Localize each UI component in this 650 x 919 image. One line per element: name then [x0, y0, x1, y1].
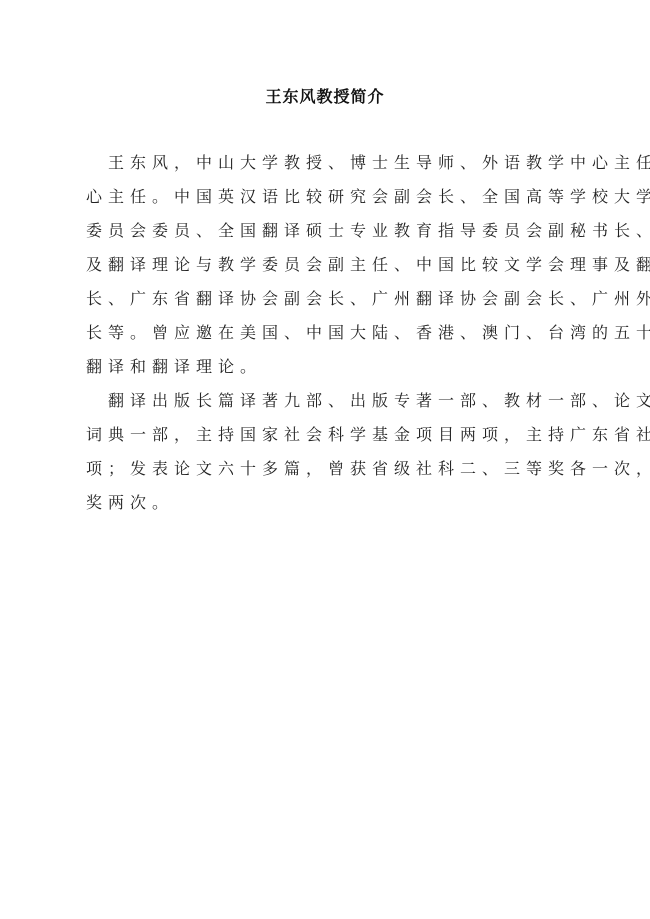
text-line: 长等。曾应邀在美国、中国大陆、香港、澳门、台湾的五十多所高校讲授 [86, 316, 576, 350]
text-line: 长、广东省翻译协会副会长、广州翻译协会副会长、广州外事翻译协会会 [86, 282, 576, 316]
text-line: 心主任。中国英汉语比较研究会副会长、全国高等学校大学外语教学指导 [86, 180, 576, 214]
document-title: 王东风教授简介 [0, 84, 650, 110]
text-line: 词典一部，主持国家社会科学基金项目两项，主持广东省社会科学项目一 [86, 418, 576, 452]
paragraph-1: 王东风，中山大学教授、博士生导师、外语教学中心主任、翻译研究中 心主任。中国英汉… [86, 146, 576, 384]
text-line: 王东风，中山大学教授、博士生导师、外语教学中心主任、翻译研究中 [86, 146, 576, 180]
paragraph-2: 翻译出版长篇译著九部、出版专著一部、教材一部、论文集一部、主编 词典一部，主持国… [86, 384, 576, 520]
text-line: 委员会委员、全国翻译硕士专业教育指导委员会副秘书长、中国译协理事 [86, 214, 576, 248]
document-page: 王东风教授简介 王东风，中山大学教授、博士生导师、外语教学中心主任、翻译研究中 … [0, 0, 650, 919]
document-body: 王东风，中山大学教授、博士生导师、外语教学中心主任、翻译研究中 心主任。中国英汉… [86, 146, 576, 520]
text-line: 及翻译理论与教学委员会副主任、中国比较文学会理事及翻译研究会副会 [86, 248, 576, 282]
text-line: 翻译出版长篇译著九部、出版专著一部、教材一部、论文集一部、主编 [86, 384, 576, 418]
text-line: 项；发表论文六十多篇，曾获省级社科二、三等奖各一次，宋琪翻译纪念 [86, 452, 576, 486]
text-line: 奖两次。 [86, 486, 576, 520]
text-line: 翻译和翻译理论。 [86, 350, 576, 384]
